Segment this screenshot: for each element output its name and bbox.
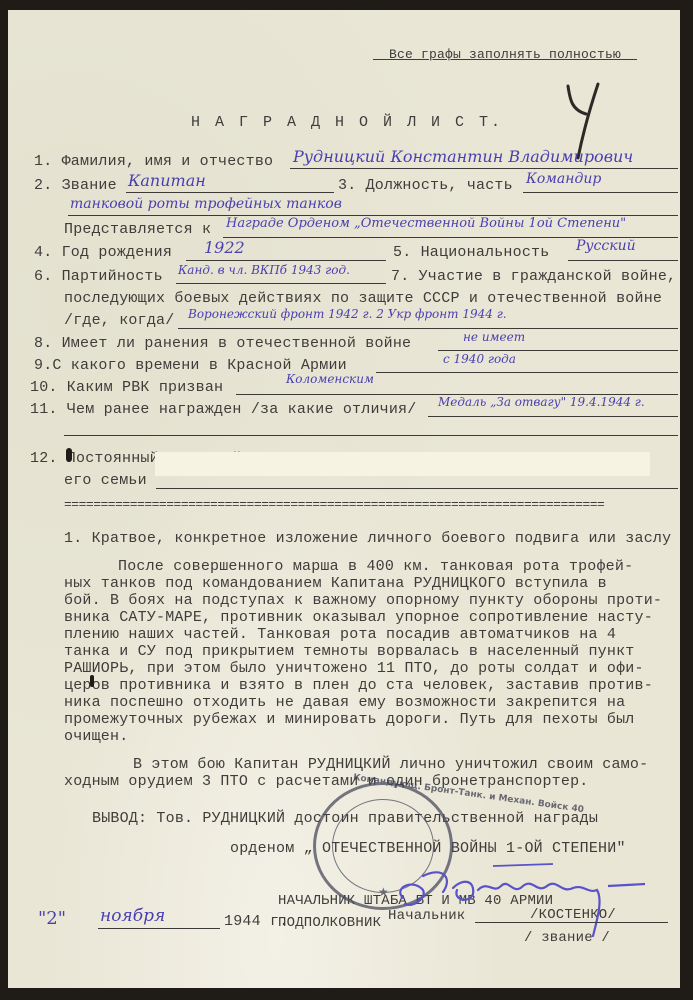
field-address-underline — [156, 488, 678, 489]
chief-label: Начальник — [388, 908, 465, 924]
narrative-line: РАШИОРЬ, при этом было уничтожено 11 ПТО… — [64, 660, 644, 677]
field-previous-awards-value: Медаль „За отвагу" 19.4.1944 г. — [438, 395, 645, 409]
document-title: Н А Г Р А Д Н О Й Л И С Т. — [191, 114, 503, 131]
narrative-line: промежуточных рубежах и минировать дорог… — [64, 711, 635, 728]
field-wounds-underline — [438, 350, 678, 351]
field-party-label: 6. Партийность — [34, 268, 163, 285]
field-party-value: Канд. в чл. ВКПб 1943 год. — [178, 263, 350, 277]
field-party-underline — [176, 283, 386, 284]
field-war-participation-value: Воронежский фронт 1942 г. 2 Укр фронт 19… — [188, 307, 507, 321]
narrative-line: танка и СУ под прикрытием темноты ворвал… — [64, 643, 635, 660]
field-position-label: 3. Должность, часть — [338, 177, 513, 194]
date-day: "2" — [38, 908, 66, 929]
hole-punch-mark — [66, 448, 72, 462]
field-rvk-label: 10. Каким РВК призван — [30, 379, 223, 396]
field-nationality-underline — [568, 260, 678, 261]
field-rank-value: Капитан — [128, 171, 206, 190]
field-war-participation-label-2: последующих боевых действиях по защите С… — [64, 290, 662, 307]
field-wounds-label: 8. Имеет ли ранения в отечественной войн… — [34, 335, 411, 352]
field-name-underline — [290, 168, 678, 169]
presented-for-label: Представляется к — [64, 221, 211, 238]
field-name-value: Рудницкий Константин Владимирович — [293, 147, 633, 166]
narrative-line: очищен. — [64, 728, 128, 745]
field-rank-underline — [126, 192, 334, 193]
separator-line-1: ========================================… — [64, 497, 678, 512]
field-birth-year-value: 1922 — [204, 238, 245, 257]
date-month: ноября — [100, 906, 165, 926]
field-nationality-value: Русский — [576, 238, 636, 254]
field-previous-awards-underline — [428, 416, 678, 417]
presented-for-value: Награде Орденом „Отечественной Войны 1ой… — [226, 216, 626, 231]
field-position-underline-1 — [523, 192, 678, 193]
field-war-participation-label-1: 7. Участие в гражданской войне, — [391, 268, 676, 285]
field-rank-label: 2. Звание — [34, 177, 117, 194]
field-wounds-value: не имеет — [463, 330, 525, 344]
narrative-line: вника САТУ-МАРЕ, противник оказывал упор… — [64, 609, 653, 626]
rank-label: / звание / — [524, 930, 610, 946]
narrative-line: ника поспешно отходить не давая ему возм… — [64, 694, 625, 711]
field-birth-year-label: 4. Год рождения — [34, 244, 172, 261]
handwritten-signature — [383, 848, 653, 943]
header-note: __Все_графы_заполнять_полностью__ — [373, 47, 637, 62]
chief-signature-underline — [475, 922, 668, 923]
field-army-since-underline — [376, 372, 678, 373]
award-sheet-paper: __Все_графы_заполнять_полностью__ Н А Г … — [8, 10, 680, 988]
address-redaction — [155, 452, 650, 476]
field-position-value-2: танковой роты трофейных танков — [70, 196, 342, 212]
field-position-value-1: Командир — [526, 171, 601, 187]
date-year: 1944 г. — [224, 913, 288, 930]
field-nationality-label: 5. Национальность — [393, 244, 549, 261]
narrative-line: После совершенного марша в 400 км. танко… — [118, 558, 633, 575]
narrative-line: церов противника и взято в плен до ста ч… — [64, 677, 653, 694]
narrative2-line: В этом бою Капитан РУДНИЦКИЙ лично уничт… — [133, 756, 648, 773]
field-previous-awards-underline-2 — [64, 435, 678, 436]
narrative2-line: ходным орудием 3 ПТО с расчетами и один … — [64, 773, 588, 790]
hole-punch-mark — [90, 675, 94, 687]
field-army-since-value: с 1940 года — [443, 352, 516, 366]
narrative-line: бой. В боях на подступах к важному опорн… — [64, 592, 662, 609]
narrative-line: ных танков под командованием Капитана РУ… — [64, 575, 607, 592]
narrative-line: плению наших частей. Танковая рота посад… — [64, 626, 616, 643]
field-rvk-value: Коломенским — [286, 372, 374, 386]
field-birth-year-underline — [186, 260, 386, 261]
field-address-label-2: его семьи — [64, 472, 147, 489]
date-month-underline — [98, 928, 220, 929]
field-war-participation-underline — [178, 328, 678, 329]
field-previous-awards-label: 11. Чем ранее награжден /за какие отличи… — [30, 401, 416, 418]
section-heading: 1. Кратвое, конкретное изложение личного… — [64, 530, 671, 547]
field-war-participation-label-3: /где, когда/ — [64, 312, 174, 329]
field-name-label: 1. Фамилия, имя и отчество — [34, 153, 273, 170]
signature-title-2: ПОДПОЛКОВНИК — [278, 915, 381, 931]
